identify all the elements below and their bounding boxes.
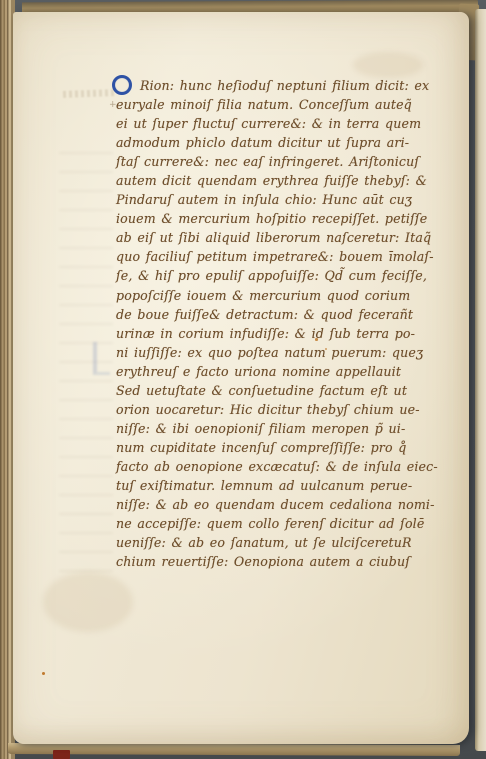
manuscript-line-17: Sed uetuſtate & conſuetudine factum eſt … [116, 381, 462, 400]
manuscript-line-12: popoſciſſe iouem & mercurium quod corium [116, 286, 462, 305]
manuscript-line-22: tuſ exiſtimatur. lemnum ad uulcanum peru… [116, 476, 462, 495]
manuscript-line-23: niſſe: & ab eo quendam ducem cedaliona n… [116, 495, 462, 514]
manuscript-line-10: quo faciliuſ petitum impetrare&: bouem ī… [116, 247, 462, 266]
manuscript-text-block: Rion: hunc heſioduſ neptuni filium dicit… [116, 76, 462, 571]
manuscript-line-4: admodum phiclo datum dicitur ut ſupra ar… [116, 133, 462, 152]
parchment-stain [43, 572, 133, 632]
ink-fleck [325, 348, 327, 350]
parchment-stain [353, 52, 423, 78]
manuscript-page: O + Rion: hunc heſioduſ neptuni filium d… [13, 12, 469, 744]
manuscript-line-13: de boue fuiſſe& detractum: & quod fecera… [116, 305, 462, 324]
manuscript-line-2: euryale minoiſ filia natum. Conceſſum au… [116, 95, 462, 114]
manuscript-photo: O + Rion: hunc heſioduſ neptuni filium d… [0, 0, 486, 759]
manuscript-line-21: facto ab oenopione excæcatuſ: & de inſul… [116, 457, 462, 476]
manuscript-line-7: Pindaruſ autem in inſula chio: Hunc aūt … [116, 190, 462, 209]
manuscript-line-24: ne accepiſſe: quem collo ferenſ dicitur … [116, 514, 462, 533]
manuscript-line-3: ei ut ſuper fluctuſ currere&: & in terra… [116, 114, 462, 133]
manuscript-line-14: urinæ in corium infudiſſe: & id ſub terr… [116, 324, 462, 343]
manuscript-line-1: Rion: hunc heſioduſ neptuni filium dicit… [116, 76, 462, 95]
manuscript-line-18: orion uocaretur: Hic dicitur thebyſ chiu… [116, 400, 462, 419]
manuscript-line-19: niſſe: & ibi oenopioniſ filiam meropen p… [116, 419, 462, 438]
manuscript-line-15: ni iuſſiſſe: ex quo poſtea natum puerum:… [116, 343, 462, 362]
ink-fleck [315, 338, 318, 341]
manuscript-line-6: autem dicit quendam erythrea fuiſſe theb… [116, 171, 462, 190]
book-bottom-page-edges [8, 743, 460, 756]
manuscript-line-5: ſtaſ currere&: nec eaſ infringeret. Ariſ… [116, 152, 462, 171]
manuscript-line-26: chium reuertiſſe: Oenopiona autem a ciub… [116, 552, 462, 571]
manuscript-line-20: num cupiditate incenſuſ compreſſiſſe: pr… [116, 438, 462, 457]
manuscript-line-25: ueniſſe: & ab eo ſanatum, ut ſe ulciſcer… [116, 533, 462, 552]
ink-fleck [42, 672, 45, 675]
manuscript-line-8: iouem & mercurium hoſpitio recepiſſet. p… [116, 209, 462, 228]
manuscript-line-11: ſe, & hiſ pro epuliſ appoſuiſſe: Qd̃ cum… [116, 266, 462, 285]
manuscript-line-9: ab eiſ ut ſibi aliquid liberorum naſcere… [116, 228, 462, 247]
verso-marginal-note-showthrough [63, 89, 115, 98]
next-page-fore-edge [475, 9, 486, 751]
manuscript-line-16: erythreuſ e facto uriona nomine appellau… [116, 362, 462, 381]
red-marker [53, 750, 70, 759]
verso-initial-showthrough [93, 342, 110, 375]
